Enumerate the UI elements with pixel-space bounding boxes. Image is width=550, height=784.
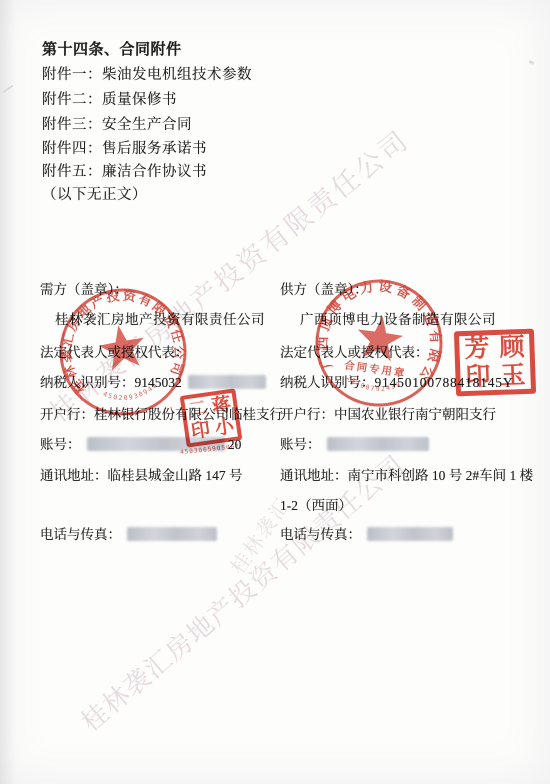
- buyer-seal-serial: 4502093094159: [36, 267, 161, 415]
- scan-edge-shading: [0, 0, 16, 784]
- supplier-account-label: 账号：: [280, 437, 321, 452]
- supplier-phone-label: 电话与传真：: [280, 527, 361, 542]
- supplier-phone-line: 电话与传真：: [280, 523, 453, 543]
- buyer-phone-line: 电话与传真：: [40, 523, 217, 543]
- supplier-company-seal: 广西顶博电力设备制造有限公司 合同专用章 20100792439: [294, 258, 463, 427]
- svg-text:4502093094159: 4502093094159: [36, 267, 161, 415]
- attachment-item-4: 附件四：售后服务承诺书: [42, 137, 207, 158]
- buyer-address-line: 通讯地址：临桂县城金山路 147 号: [40, 464, 243, 484]
- seal-char: 印: [460, 363, 496, 392]
- redacted-phone: [127, 527, 217, 541]
- watermark-text: 桂林袭汇房地产投资有限责任公司: [72, 445, 412, 739]
- scan-speck: [529, 60, 535, 65]
- seal-char: 二: [184, 396, 211, 421]
- buyer-phone-label: 电话与传真：: [40, 527, 121, 542]
- supplier-name-seal: 芳 顾 印 玉: [454, 329, 536, 397]
- seal-char: 玉: [495, 361, 531, 390]
- supplier-address-line: 通讯地址：南宁市科创路 10 号 2#车间 1 楼: [280, 464, 533, 484]
- star-icon: [96, 321, 148, 372]
- attachment-item-2: 附件二：质量保修书: [42, 88, 177, 109]
- redacted-phone: [367, 527, 453, 541]
- seal-char: 小: [211, 415, 238, 440]
- end-note: （以下无正文）: [42, 183, 147, 204]
- seal-char: 印: [187, 418, 214, 443]
- buyer-address-label: 通讯地址：: [40, 468, 108, 483]
- star-icon: [354, 313, 405, 362]
- buyer-account-label: 账号：: [40, 437, 81, 452]
- article-title: 第十四条、合同附件: [42, 38, 182, 59]
- buyer-name-seal: 二 蒋 印 小: [180, 388, 243, 447]
- seal-char: 顾: [494, 334, 530, 363]
- supplier-account-line: 账号：: [280, 433, 429, 453]
- attachment-item-3: 附件三：安全生产合同: [42, 113, 192, 134]
- buyer-address-value: 临桂县城金山路 147 号: [108, 468, 243, 483]
- attachment-item-5: 附件五：廉洁合作协议书: [42, 160, 207, 181]
- attachment-item-1: 附件一：柴油发电机组技术参数: [42, 63, 252, 84]
- supplier-address-value: 南宁市科创路 10 号 2#车间 1 楼: [348, 468, 534, 483]
- seal-char: 芳: [459, 335, 495, 364]
- contract-page: 桂林袭汇房地产投资有限责任公司 桂林袭汇房地产投资有限责任公司 桂林袭汇 第十四…: [0, 0, 550, 784]
- supplier-address-label: 通讯地址：: [280, 468, 348, 483]
- redacted-account-number: [327, 437, 429, 451]
- supplier-address-line2: 1-2（西面）: [280, 494, 352, 514]
